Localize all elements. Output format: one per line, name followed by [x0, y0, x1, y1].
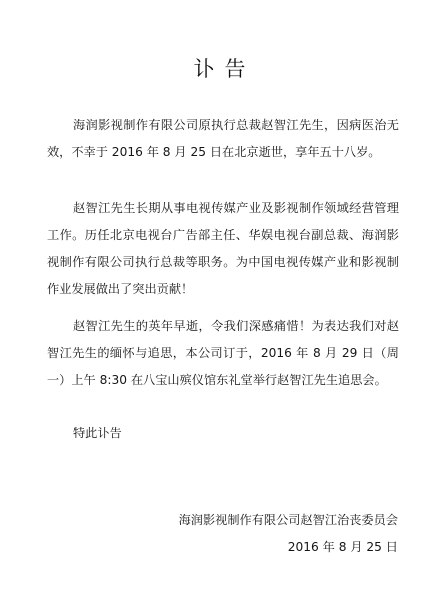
obituary-document: 讣告 海润影视制作有限公司原执行总裁赵智江先生，因病医治无效，不幸于 2016 …: [0, 0, 439, 609]
closing-remark: 特此讣告: [73, 423, 122, 443]
paragraph-memorial-service: 赵智江先生的英年早逝，令我们深感痛惜！为表达我们对赵智江先生的缅怀与追思，本公司…: [47, 313, 399, 394]
signature-block: 海润影视制作有限公司赵智江治丧委员会 2016 年 8 月 25 日: [179, 507, 398, 561]
signature-organization: 海润影视制作有限公司赵智江治丧委员会: [179, 507, 398, 534]
document-title: 讣告: [0, 56, 439, 82]
paragraph-announcement: 海润影视制作有限公司原执行总裁赵智江先生，因病医治无效，不幸于 2016 年 8…: [47, 112, 399, 166]
paragraph-career: 赵智江先生长期从事电视传媒产业及影视制作领域经营管理工作。历任北京电视台广告部主…: [47, 195, 399, 303]
signature-date: 2016 年 8 月 25 日: [179, 534, 398, 561]
